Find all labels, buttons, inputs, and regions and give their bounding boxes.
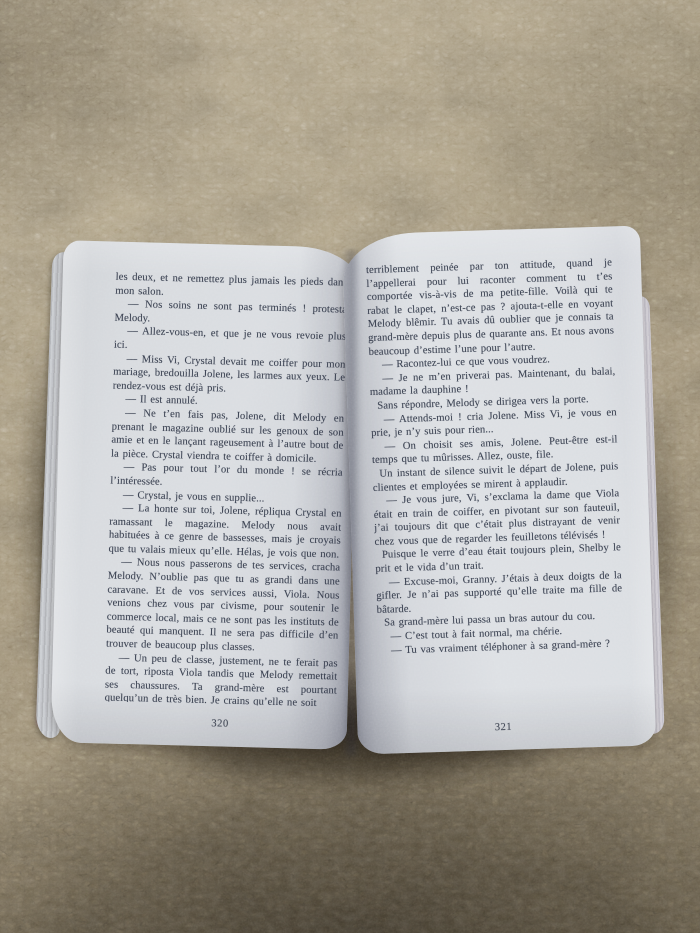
paragraph: — Miss Vi, Crystal devait me coiffer pou… xyxy=(113,352,346,399)
paragraph: — La honte sur toi, Jolene, répliqua Cry… xyxy=(108,502,341,562)
paragraph: — Ne t’en fais pas, Jolene, dit Melody e… xyxy=(111,406,344,466)
left-page-number: 320 xyxy=(104,715,336,732)
paragraph: terriblement peinée par ton attitude, qu… xyxy=(366,256,615,359)
right-page: terriblement peinée par ton attitude, qu… xyxy=(342,225,656,754)
left-page: les deux, et ne remettez plus jamais les… xyxy=(50,240,359,750)
right-page-text: terriblement peinée par ton attitude, qu… xyxy=(366,256,626,712)
photo-open-book-on-carpet: les deux, et ne remettez plus jamais les… xyxy=(0,0,700,933)
paragraph: — Je vous jure, Vi, s’exclama la dame qu… xyxy=(373,487,621,549)
left-page-text: les deux, et ne remettez plus jamais les… xyxy=(105,271,348,708)
paragraph: — Nous nous passerons de tes services, c… xyxy=(106,556,340,657)
open-book: les deux, et ne remettez plus jamais les… xyxy=(0,0,700,933)
paragraph: — Un peu de classe, justement, ne te fer… xyxy=(105,651,338,707)
right-page-number: 321 xyxy=(380,718,626,737)
